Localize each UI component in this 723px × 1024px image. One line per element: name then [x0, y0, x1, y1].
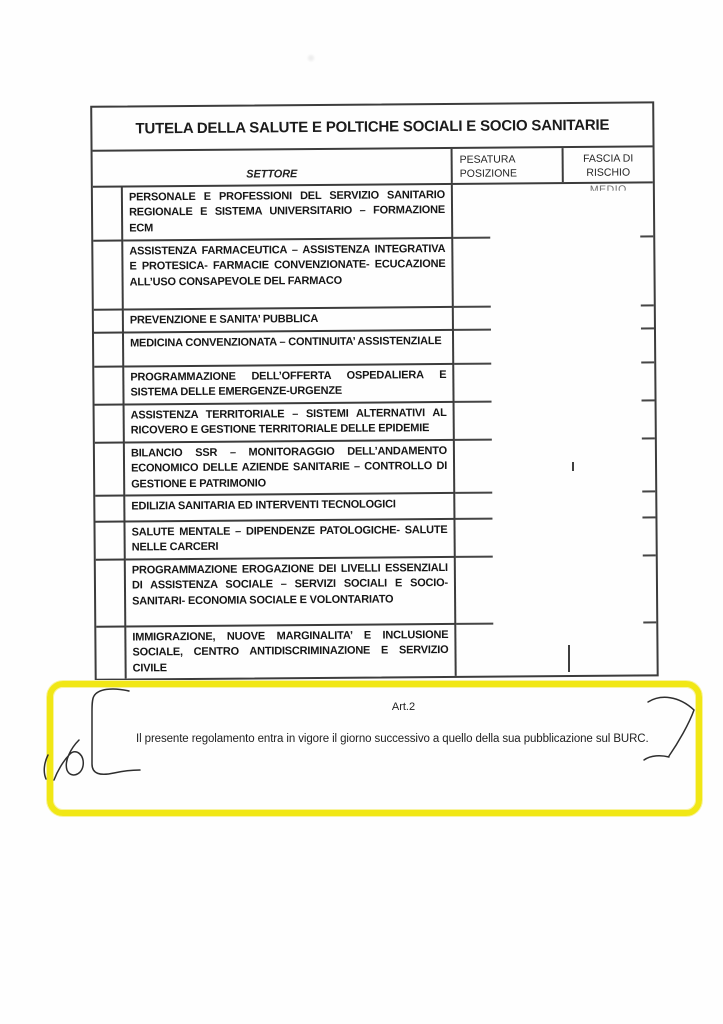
pesatura-posizione-cell	[453, 238, 565, 308]
fascia-di-rischio-cell	[567, 623, 656, 675]
pesatura-posizione-cell	[455, 493, 566, 520]
pesatura-posizione-cell	[456, 624, 567, 676]
fascia-di-rischio-cell: MEDIO	[564, 183, 653, 238]
settore-cell: MEDICINA CONVENZIONATA – CONTINUITA’ ASS…	[124, 331, 454, 368]
row-index-cell	[95, 523, 125, 561]
column-header-pesatura-posizione: PESATURA POSIZIONE	[453, 148, 564, 183]
article-body: Il presente regolamento entra in vigore …	[136, 731, 673, 747]
fascia-di-rischio-cell	[567, 556, 657, 624]
article-highlight-box: Art.2 Il presente regolamento entra in v…	[47, 681, 702, 816]
settore-cell: PERSONALE E PROFESSIONI DEL SERVIZIO SAN…	[123, 185, 453, 242]
pesatura-posizione-cell	[454, 364, 565, 403]
settore-cell: PREVENZIONE E SANITA’ PUBBLICA	[124, 308, 454, 334]
settore-cell: ASSISTENZA FARMACEUTICA – ASSISTENZA INT…	[123, 239, 454, 311]
row-index-cell	[95, 443, 125, 496]
settore-cell: PROGRAMMAZIONE DELL’OFFERTA OSPEDALIERA …	[124, 365, 454, 405]
row-index-cell	[95, 497, 125, 523]
pesatura-posizione-cell	[454, 307, 565, 331]
pesatura-posizione-cell	[455, 402, 566, 441]
table-row: PERSONALE E PROFESSIONI DEL SERVIZIO SAN…	[93, 183, 653, 241]
row-index-cell	[93, 188, 123, 242]
settore-cell: BILANCIO SSR – MONITORAGGIO DELL’ANDAMEN…	[125, 441, 455, 497]
settore-cell: PROGRAMMAZIONE EROGAZIONE DEI LIVELLI ES…	[126, 558, 457, 628]
column-header-fascia-di-rischio: FASCIA DI RISCHIO	[564, 147, 653, 182]
scan-smudge-artifact	[308, 55, 314, 61]
row-index-cell	[93, 242, 124, 311]
fascia-di-rischio-cell	[565, 363, 654, 402]
table-row: PROGRAMMAZIONE EROGAZIONE DEI LIVELLI ES…	[96, 556, 657, 627]
fascia-di-rischio-cell	[564, 237, 654, 307]
scan-stray-mark	[572, 462, 574, 471]
row-index-cell	[94, 311, 124, 334]
pesatura-posizione-cell	[455, 519, 566, 558]
pesatura-posizione-cell	[454, 330, 565, 365]
fascia-di-rischio-cell	[566, 492, 655, 519]
row-index-cell	[95, 405, 125, 443]
table-body: PERSONALE E PROFESSIONI DEL SERVIZIO SAN…	[93, 183, 657, 678]
settori-table: TUTELA DELLA SALUTE E POLTICHE SOCIALI E…	[90, 101, 658, 680]
table-header-row: SETTORE PESATURA POSIZIONE FASCIA DI RIS…	[93, 147, 653, 187]
article-heading: Art.2	[136, 701, 671, 713]
table-row: IMMIGRAZIONE, NUOVE MARGINALITA’ E INCLU…	[96, 623, 656, 679]
scanned-document-page: TUTELA DELLA SALUTE E POLTICHE SOCIALI E…	[0, 0, 723, 1024]
pesatura-posizione-cell	[455, 440, 566, 494]
column-header-settore: SETTORE	[93, 149, 453, 186]
table-row: MEDICINA CONVENZIONATA – CONTINUITA’ ASS…	[94, 329, 654, 367]
pesatura-posizione-cell	[453, 184, 564, 239]
fascia-value-clipped: MEDIO	[564, 183, 653, 191]
settore-cell: SALUTE MENTALE – DIPENDENZE PATOLOGICHE-…	[125, 520, 455, 560]
table-row: ASSISTENZA TERRITORIALE – SISTEMI ALTERN…	[95, 401, 655, 443]
pesatura-posizione-cell	[456, 557, 568, 625]
fascia-di-rischio-cell	[566, 401, 655, 440]
fascia-di-rischio-cell	[566, 439, 655, 493]
row-index-cell	[96, 560, 127, 627]
table-title: TUTELA DELLA SALUTE E POLTICHE SOCIALI E…	[92, 103, 652, 151]
scan-stray-mark	[568, 645, 570, 672]
row-index-cell	[96, 627, 126, 678]
row-index-cell	[94, 334, 124, 368]
settore-cell: IMMIGRAZIONE, NUOVE MARGINALITA’ E INCLU…	[126, 625, 456, 679]
fascia-di-rischio-cell	[565, 329, 654, 364]
fascia-di-rischio-cell	[566, 518, 655, 557]
table-row: PROGRAMMAZIONE DELL’OFFERTA OSPEDALIERA …	[94, 363, 654, 405]
settore-cell: ASSISTENZA TERRITORIALE – SISTEMI ALTERN…	[125, 403, 455, 444]
table-row: ASSISTENZA FARMACEUTICA – ASSISTENZA INT…	[93, 237, 654, 310]
settore-cell: EDILIZIA SANITARIA ED INTERVENTI TECNOLO…	[125, 494, 455, 523]
table-row: SALUTE MENTALE – DIPENDENZE PATOLOGICHE-…	[95, 518, 655, 560]
row-index-cell	[94, 368, 124, 406]
fascia-di-rischio-cell	[565, 306, 654, 330]
